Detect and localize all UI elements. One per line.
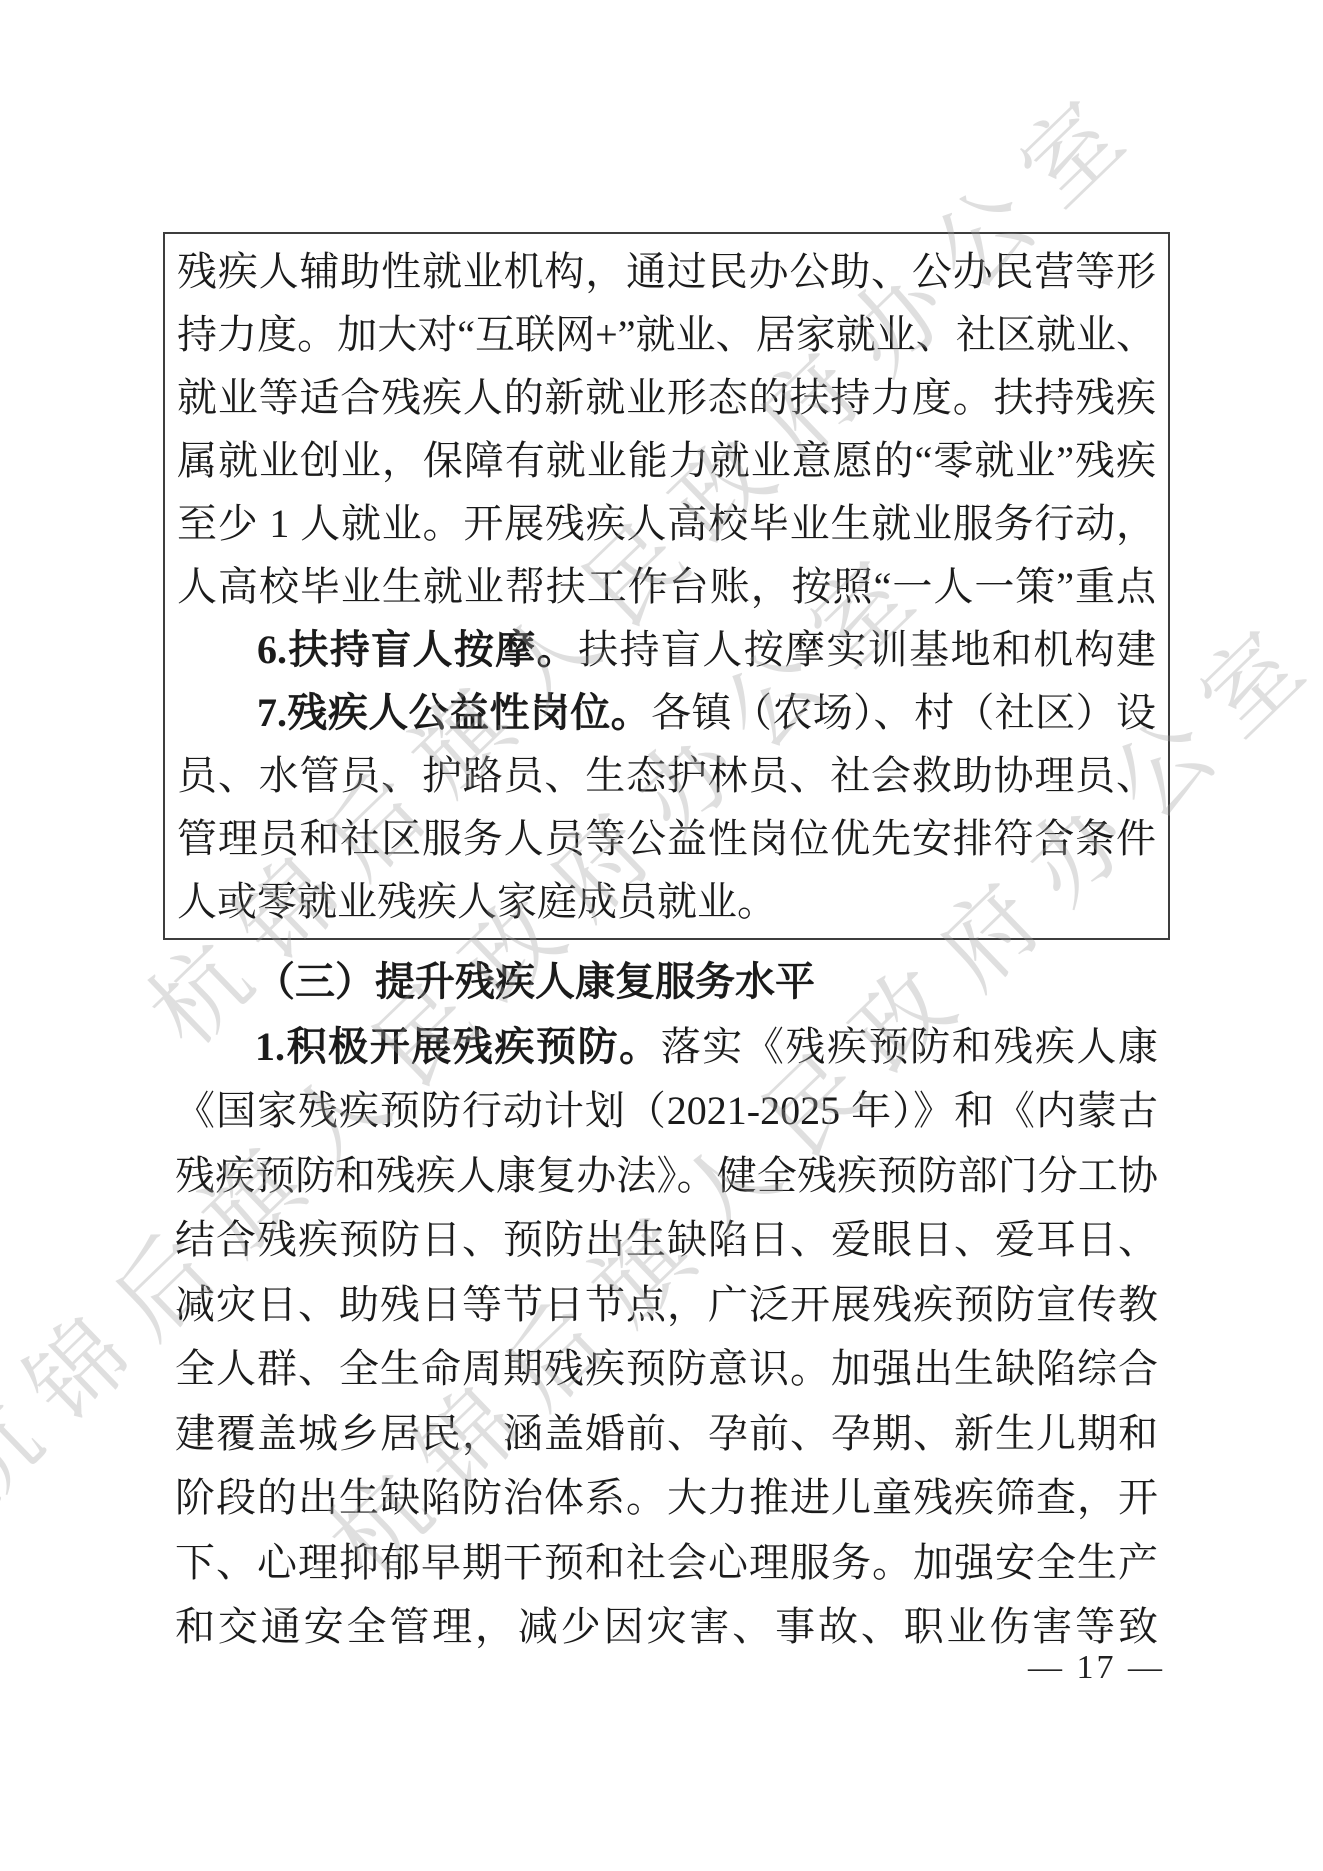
text-line: 人或零就业残疾人家庭成员就业。 <box>177 870 1156 933</box>
text-line: 阶段的出生缺陷防治体系。大力推进儿童残疾筛查，开展视力低 <box>175 1466 1158 1531</box>
line-text: 建覆盖城乡居民，涵盖婚前、孕前、孕期、新生儿期和儿童期各 <box>175 1411 1158 1467</box>
boxed-paragraphs: 残疾人辅助性就业机构，通过民办公助、公办民营等形式加大扶 持力度。加大对“互联网… <box>163 232 1170 940</box>
bold-lead: 6.扶持盲人按摩。 <box>257 627 578 672</box>
line-text: 属就业创业，保障有就业能力就业意愿的“零就业”残疾人家庭 <box>177 438 1156 492</box>
text-line: 和交通安全管理，减少因灾害、事故、职业伤害等致残。加强对 <box>175 1595 1158 1660</box>
text-line: 《国家残疾预防行动计划（2021-2025 年）》和《内蒙古自治区 <box>175 1079 1158 1144</box>
text-line: 管理员和社区服务人员等公益性岗位优先安排符合条件的残疾 <box>177 807 1156 870</box>
text-line: 建覆盖城乡居民，涵盖婚前、孕前、孕期、新生儿期和儿童期各 <box>175 1402 1158 1467</box>
line-text: 下、心理抑郁早期干预和社会心理服务。加强安全生产隐患排查 <box>175 1540 1158 1596</box>
line-text: 阶段的出生缺陷防治体系。大力推进儿童残疾筛查，开展视力低 <box>175 1475 1158 1531</box>
line-text: 管理员和社区服务人员等公益性岗位优先安排符合条件的残疾 <box>177 816 1156 870</box>
text-line: 就业等适合残疾人的新就业形态的扶持力度。扶持残疾人直系亲 <box>177 366 1156 429</box>
section-heading: （三）提升残疾人康复服务水平 <box>175 950 1158 1015</box>
bold-lead: 7.残疾人公益性岗位。 <box>257 690 651 735</box>
text-line: 至少 1 人就业。开展残疾人高校毕业生就业服务行动，建立残疾 <box>177 492 1156 555</box>
line-text: 残疾预防和残疾人康复办法》。健全残疾预防部门分工协作机制， <box>175 1153 1158 1209</box>
line-text: 至少 1 人就业。开展残疾人高校毕业生就业服务行动，建立残疾 <box>177 501 1156 555</box>
text-line: 持力度。加大对“互联网+”就业、居家就业、社区就业、灵活 <box>177 303 1156 366</box>
line-text: 员、水管员、护路员、生态护林员、社会救助协理员、农家书屋 <box>177 753 1156 807</box>
text-line: 结合残疾预防日、预防出生缺陷日、爱眼日、爱耳日、全国防灾 <box>175 1208 1158 1273</box>
text-line: 减灾日、助残日等节日节点，广泛开展残疾预防宣传教育，形成 <box>175 1273 1158 1338</box>
text-line: 全人群、全生命周期残疾预防意识。加强出生缺陷综合防治，构 <box>175 1337 1158 1402</box>
line-text: 全人群、全生命周期残疾预防意识。加强出生缺陷综合防治，构 <box>175 1346 1158 1402</box>
body-text: （三）提升残疾人康复服务水平 1.积极开展残疾预防。落实《残疾预防和残疾人康复条… <box>163 950 1170 1660</box>
document-page: 杭锦后旗人民政府办公室 杭锦后旗人民政府办公室 杭锦后旗人民政府办公室 残疾人辅… <box>0 0 1323 1871</box>
text-line: 属就业创业，保障有就业能力就业意愿的“零就业”残疾人家庭 <box>177 429 1156 492</box>
line-text: 《国家残疾预防行动计划（2021-2025 年）》和《内蒙古自治区 <box>175 1088 1158 1144</box>
text-line: 7.残疾人公益性岗位。各镇（农场）、村（社区）设立的保洁 <box>177 681 1156 744</box>
text-line: 员、水管员、护路员、生态护林员、社会救助协理员、农家书屋 <box>177 744 1156 807</box>
line-text: 减灾日、助残日等节日节点，广泛开展残疾预防宣传教育，形成 <box>175 1282 1158 1338</box>
text-line: 1.积极开展残疾预防。落实《残疾预防和残疾人康复条例》 <box>175 1015 1158 1080</box>
line-text: 和交通安全管理，减少因灾害、事故、职业伤害等致残。加强对 <box>175 1604 1158 1660</box>
line-text: 人或零就业残疾人家庭成员就业。 <box>177 879 777 924</box>
text-line: 6.扶持盲人按摩。扶持盲人按摩实训基地和机构建设。 <box>177 618 1156 681</box>
text-line: 人高校毕业生就业帮扶工作台账，按照“一人一策”重点帮扶。 <box>177 555 1156 618</box>
line-text: 结合残疾预防日、预防出生缺陷日、爱眼日、爱耳日、全国防灾 <box>175 1217 1158 1273</box>
text-line: 下、心理抑郁早期干预和社会心理服务。加强安全生产隐患排查 <box>175 1531 1158 1596</box>
line-text: 残疾人辅助性就业机构，通过民办公助、公办民营等形式加大扶 <box>177 249 1156 303</box>
text-line: 残疾预防和残疾人康复办法》。健全残疾预防部门分工协作机制， <box>175 1144 1158 1209</box>
line-text: 人高校毕业生就业帮扶工作台账，按照“一人一策”重点帮扶。 <box>177 564 1156 618</box>
line-text: 持力度。加大对“互联网+”就业、居家就业、社区就业、灵活 <box>177 312 1156 366</box>
text-line: 残疾人辅助性就业机构，通过民办公助、公办民营等形式加大扶 <box>177 240 1156 303</box>
page-number: — 17 — <box>1028 1649 1165 1687</box>
bold-lead: 1.积极开展残疾预防。 <box>255 1024 661 1069</box>
line-text: 就业等适合残疾人的新就业形态的扶持力度。扶持残疾人直系亲 <box>177 375 1156 429</box>
